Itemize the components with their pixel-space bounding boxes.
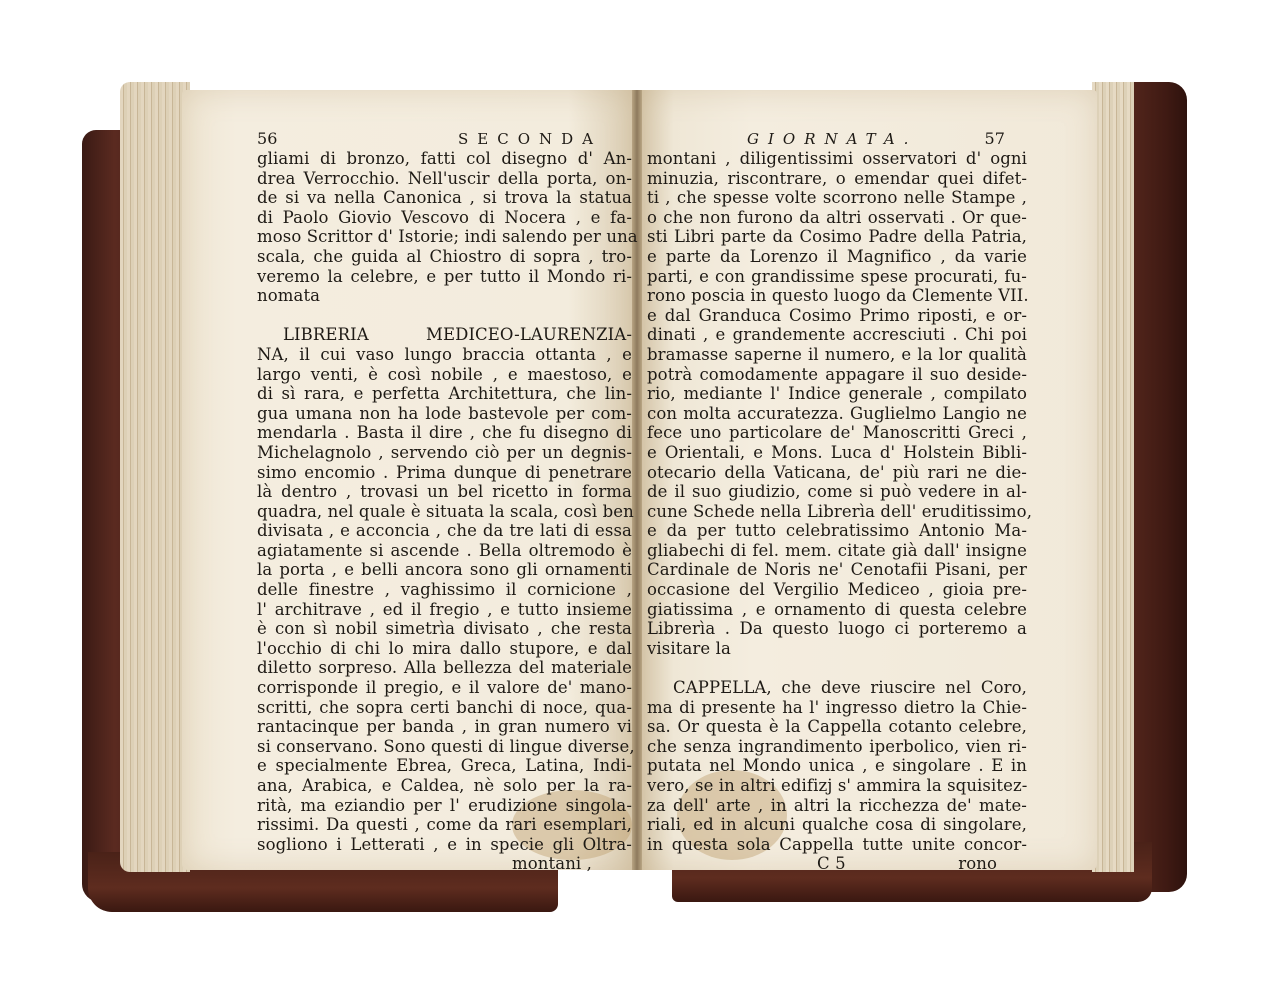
page-number: 56 bbox=[257, 129, 278, 149]
right-page-body: montani , diligentissimi osservatori d' … bbox=[647, 149, 1027, 854]
page-edges-left bbox=[120, 82, 190, 872]
text-line: veremo la celebre, e per tutto il Mondo … bbox=[257, 267, 632, 287]
text-line: de il suo giudizio, come si può vedere i… bbox=[647, 482, 1027, 502]
text-line: parti, e con grandissime spese procurati… bbox=[647, 267, 1027, 287]
text-line: là dentro , trovasi un bel ricetto in fo… bbox=[257, 482, 632, 502]
left-page-text: 56 SECONDA gliami di bronzo, fatti col d… bbox=[257, 129, 632, 874]
text-line: e parte da Lorenzo il Magnifico , da var… bbox=[647, 247, 1027, 267]
text-line: mendarla . Basta il dire , che fu disegn… bbox=[257, 423, 632, 443]
text-line: o che non furono da altri osservati . Or… bbox=[647, 208, 1027, 228]
page-edges-right bbox=[1092, 82, 1134, 872]
text-line: minuzia, riscontrare, o emendar quei dif… bbox=[647, 169, 1027, 189]
text-line: delle finestre , vaghissimo il cornicion… bbox=[257, 580, 632, 600]
text-line: con molta accuratezza. Guglielmo Langio … bbox=[647, 404, 1027, 424]
text-line: sa. Or questa è la Cappella cotanto cele… bbox=[647, 717, 1027, 737]
text-line: Cardinale de Noris ne' Cenotafii Pisani,… bbox=[647, 560, 1027, 580]
text-line: simo encomio . Prima dunque di penetrare bbox=[257, 463, 632, 483]
text-line: la porta , e belli ancora sono gli ornam… bbox=[257, 560, 632, 580]
text-line: CAPPELLA, che deve riuscire nel Coro, bbox=[647, 678, 1027, 698]
left-page-header: 56 SECONDA bbox=[257, 129, 632, 149]
text-line: agiatamente si ascende . Bella oltremodo… bbox=[257, 541, 632, 561]
text-line: gliami di bronzo, fatti col disegno d' A… bbox=[257, 149, 632, 169]
text-line: si conservano. Sono questi di lingue div… bbox=[257, 737, 632, 757]
text-line: di Paolo Giovio Vescovo di Nocera , e fa… bbox=[257, 208, 632, 228]
catchword: rono bbox=[958, 854, 997, 874]
text-line: ana, Arabica, e Caldea, nè solo per la r… bbox=[257, 776, 632, 796]
text-line: divisata , e acconcia , che da tre lati … bbox=[257, 521, 632, 541]
text-line: nomata bbox=[257, 286, 632, 306]
text-line: rono poscia in questo luogo da Clemente … bbox=[647, 286, 1027, 306]
text-line: di sì rara, e perfetta Architettura, che… bbox=[257, 384, 632, 404]
text-line: rio, mediante l' Indice generale , compi… bbox=[647, 384, 1027, 404]
text-line: ma di presente ha l' ingresso dietro la … bbox=[647, 698, 1027, 718]
text-line: quadra, nel quale è situata la scala, co… bbox=[257, 502, 632, 522]
page-number: 57 bbox=[984, 129, 1005, 149]
running-head: GIORNATA. bbox=[747, 130, 917, 150]
text-line: che senza ingrandimento iperbolico, vien… bbox=[647, 737, 1027, 757]
right-page-footer: C 5 rono bbox=[647, 854, 1027, 874]
text-line: ti , che spesse volte scorrono nelle Sta… bbox=[647, 188, 1027, 208]
catchword: montani , bbox=[257, 854, 632, 874]
text-line: corrisponde il pregio, e il valore de' m… bbox=[257, 678, 632, 698]
text-line: fece uno particolare de' Manoscritti Gre… bbox=[647, 423, 1027, 443]
text-line: è con sì nobil simetrìa divisato , che r… bbox=[257, 619, 632, 639]
right-page-text: GIORNATA. 57 montani , diligentissimi os… bbox=[647, 129, 1027, 874]
text-line: riali, ed in alcuni qualche cosa di sing… bbox=[647, 815, 1027, 835]
text-line: NA, il cui vaso lungo braccia ottanta , … bbox=[257, 345, 632, 365]
text-line: e Orientali, e Mons. Luca d' Holstein Bi… bbox=[647, 443, 1027, 463]
text-line: largo venti, è così nobile , e maestoso,… bbox=[257, 365, 632, 385]
text-line: otecario della Vaticana, de' più rari ne… bbox=[647, 463, 1027, 483]
open-book: 56 SECONDA gliami di bronzo, fatti col d… bbox=[82, 82, 1187, 932]
signature-mark: C 5 bbox=[817, 854, 846, 874]
text-line: scala, che guida al Chiostro di sopra , … bbox=[257, 247, 632, 267]
text-line: moso Scrittor d' Istorie; indi salendo p… bbox=[257, 227, 632, 247]
text-line: occasione del Vergilio Mediceo , gioia p… bbox=[647, 580, 1027, 600]
text-line: e specialmente Ebrea, Greca, Latina, Ind… bbox=[257, 756, 632, 776]
text-line: cune Schede nella Librerìa dell' eruditi… bbox=[647, 502, 1027, 522]
text-line: de si va nella Canonica , si trova la st… bbox=[257, 188, 632, 208]
paragraph-gap bbox=[647, 658, 1027, 678]
text-line: e dal Granduca Cosimo Primo riposti, e o… bbox=[647, 306, 1027, 326]
text-line: visitare la bbox=[647, 639, 1027, 659]
text-line: in questa sola Cappella tutte unite conc… bbox=[647, 835, 1027, 855]
right-page-header: GIORNATA. 57 bbox=[647, 129, 1027, 149]
text-line: gua umana non ha lode bastevole per com- bbox=[257, 404, 632, 424]
text-line: dinati , e grandemente accresciuti . Chi… bbox=[647, 325, 1027, 345]
text-line: Librerìa . Da questo luogo ci porteremo … bbox=[647, 619, 1027, 639]
text-line: montani , diligentissimi osservatori d' … bbox=[647, 149, 1027, 169]
text-line: l'occhio di chi lo mira dallo stupore, e… bbox=[257, 639, 632, 659]
text-line: Michelagnolo , servendo ciò per un degni… bbox=[257, 443, 632, 463]
paragraph-gap bbox=[257, 306, 632, 326]
text-line: rantacinque per banda , in gran numero v… bbox=[257, 717, 632, 737]
text-line: e da per tutto celebratissimo Antonio Ma… bbox=[647, 521, 1027, 541]
text-line: rissimi. Da questi , come da rari esempl… bbox=[257, 815, 632, 835]
text-line: l' architrave , ed il fregio , e tutto i… bbox=[257, 600, 632, 620]
text-line: sti Libri parte da Cosimo Padre della Pa… bbox=[647, 227, 1027, 247]
text-line: LIBRERIA MEDICEO-LAURENZIA- bbox=[257, 325, 632, 345]
text-line: rità, ma eziandio per l' erudizione sing… bbox=[257, 796, 632, 816]
text-line: scritti, che sopra certi banchi di noce,… bbox=[257, 698, 632, 718]
text-line: putata nel Mondo unica , e singolare . E… bbox=[647, 756, 1027, 776]
text-line: potrà comodamente appagare il suo deside… bbox=[647, 365, 1027, 385]
text-line: gliabechi di fel. mem. citate già dall' … bbox=[647, 541, 1027, 561]
text-line: diletto sorpreso. Alla bellezza del mate… bbox=[257, 658, 632, 678]
text-line: sogliono i Letterati , e in specie gli O… bbox=[257, 835, 632, 855]
left-page-body: gliami di bronzo, fatti col disegno d' A… bbox=[257, 149, 632, 854]
text-line: bramasse saperne il numero, e la lor qua… bbox=[647, 345, 1027, 365]
text-line: giatissima , e ornamento di questa celeb… bbox=[647, 600, 1027, 620]
text-line: za dell' arte , in altri la ricchezza de… bbox=[647, 796, 1027, 816]
text-line: drea Verrocchio. Nell'uscir della porta,… bbox=[257, 169, 632, 189]
text-line: vero, se in altri edifizj s' ammira la s… bbox=[647, 776, 1027, 796]
running-head: SECONDA bbox=[458, 130, 602, 150]
